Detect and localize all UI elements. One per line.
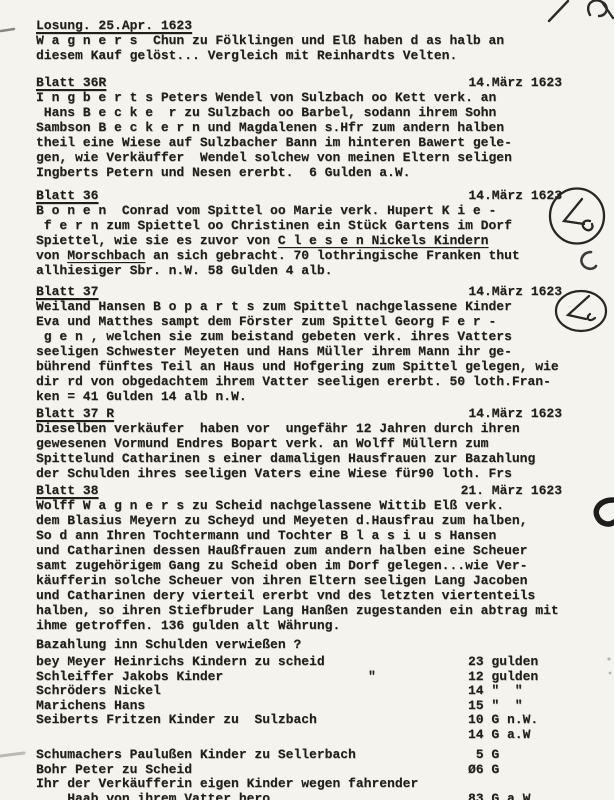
text-line: So d ann Ihren Tochtermann und Tochter B… [36,528,568,543]
text-line: Wolff W a g n e r s zu Scheid nachgelass… [36,498,568,513]
payment-item: Schröders Nickel [36,683,161,698]
text-segment: von [36,248,67,263]
entry-blatt-38: Blatt 3821. März 1623Wolff W a g n e r s… [36,483,568,633]
payment-row: bey Meyer Heinrichs Kindern zu scheid23 … [36,655,568,670]
text-line: und Catharinen dessen Haußfrauen zum and… [36,543,568,558]
payment-row: Schleiffer Jakobs Kinder"12 gulden [36,670,568,685]
payment-amount: Ø6 G [468,763,499,778]
payment-row: Bohr Peter zu ScheidØ6 G [36,763,568,778]
entry-date: 21. März 1623 [461,483,562,498]
text-line: Eva und Matthes sampt dem Förster zum Sp… [36,314,568,329]
entry-title: Blatt 36R [36,75,106,90]
payment-item: bey Meyer Heinrichs Kindern zu scheid [36,654,325,669]
text-line: I n g b e r t s Peters Wendel von Sulzba… [36,90,568,105]
underlined-text-segment: Morschbach [67,248,145,263]
text-line: g e n , welchen sie zum beistand gebeten… [36,329,568,344]
payment-amount: 83 G a.W. [468,792,538,800]
text-line: B o n e n Conrad vom Spittel oo Marie ve… [36,203,568,218]
text-line: Ingberts Petern und Nesen ererbt. 6 Guld… [36,165,568,180]
text-line: Hans B e c k e r zu Sulzbach oo Barbel, … [36,105,568,120]
entry-header: Blatt 3714.März 1623 [36,284,568,299]
entry-blatt-36: Blatt 3614.März 1623B o n e n Conrad vom… [36,188,568,278]
text-line: dem Blasius Meyern zu Scheyd und Meyeten… [36,513,568,528]
text-line: Sambson B e c k e r n und Magdalenen s.H… [36,120,568,135]
entry-header: Losung. 25.Apr. 1623 [36,18,568,33]
text-line: samt zugehörigem Gang zu Scheid oben im … [36,558,568,573]
entry-title: Blatt 38 [36,483,98,498]
text-line: gewesenen Vormund Endres Bopart verk. an… [36,436,568,451]
payment-item: Bohr Peter zu Scheid [36,762,192,777]
scanned-document-page: Losung. 25.Apr. 1623W a g n e r s Chun z… [0,0,614,800]
payment-row: Schumachers Paulußen Kinder zu Sellerbac… [36,748,568,763]
entry-blatt-37: Blatt 3714.März 1623Weiland Hansen B o p… [36,284,568,404]
text-line: Dieselben verkäufer haben vor ungefähr 1… [36,421,568,436]
paper-specks [607,657,611,674]
text-line: bührend fünftes Teil an Haus und Hofgeri… [36,359,568,374]
handwritten-c-mark [581,252,596,269]
payment-row: Ihr der Verkäufferin eigen Kinder wegen … [36,777,568,792]
text-line: theil eine Wiese auf Sulzbacher Bann im … [36,135,568,150]
entry-header: Blatt 3821. März 1623 [36,483,568,498]
payment-item: Schleiffer Jakobs Kinder [36,669,223,684]
entry-blatt-36r: Blatt 36R14.März 1623I n g b e r t s Pet… [36,75,568,180]
edge-smudge [596,500,614,524]
text-line: Spiettel, wie sie es zuvor von C l e s e… [36,233,568,248]
payment-item: Marichens Hans [36,698,145,713]
document-text: Losung. 25.Apr. 1623W a g n e r s Chun z… [36,18,568,800]
entry-date: 14.März 1623 [468,188,562,203]
entry-title: Losung. 25.Apr. 1623 [36,18,192,33]
text-line: und Catharinen dery vierteil ererbt vnd … [36,588,568,603]
text-line: dir rd von obgedachtem ihrem Vatter seel… [36,374,568,389]
payment-row: Seiberts Fritzen Kinder zu Sulzbach10 G … [36,713,568,728]
text-line: seeligen Schwester Meyeten und Hans Müll… [36,344,568,359]
entry-header: Blatt 36R14.März 1623 [36,75,568,90]
payment-amount: 15 " " [468,699,523,714]
payment-row: Haab von ihrem Vatter hero83 G a.W. [36,792,568,800]
payment-row: Marichens Hans15 " " [36,699,568,714]
text-line: diesem Kauf gelöst... Vergleich mit Rein… [36,48,568,63]
text-line: Weiland Hansen B o p a r t s zum Spittel… [36,299,568,314]
entry-date: 14.März 1623 [468,284,562,299]
entry-header: Blatt 3614.März 1623 [36,188,568,203]
text-line: von Morschbach an sich gebracht. 70 loth… [36,248,568,263]
text-line: W a g n e r s Chun zu Fölklingen und Elß… [36,33,568,48]
text-line: ihme getroffen. 136 gulden alt Währung. [36,618,568,633]
payment-item: Ihr der Verkäufferin eigen Kinder wegen … [36,776,418,791]
margin-dash-top [1,29,14,31]
text-line: gen, wie Verkäuffer Wendel solchew von m… [36,150,568,165]
text-segment: Spiettel, wie sie es zuvor von [36,233,278,248]
text-line: ken = 41 Gulden 14 alb n.W. [36,389,568,404]
payment-amount: 14 " " [468,684,523,699]
text-line: käufferin solche Scheuer von ihren Elter… [36,573,568,588]
margin-dash-bottom [0,753,24,756]
entry-losung: Losung. 25.Apr. 1623W a g n e r s Chun z… [36,18,568,63]
payment-amount: 12 gulden [468,670,538,685]
payment-amount: 10 G n.W. [468,713,538,728]
payments-section: Bazahlung inn Schulden verwießen ?bey Me… [36,637,568,800]
entry-header: Blatt 37 R14.März 1623 [36,406,568,421]
text-line: allhiesiger Sbr. n.W. 58 Gulden 4 alb. [36,263,568,278]
text-line: f e r n zum Spiettel oo Christinen ein S… [36,218,568,233]
entry-blatt-37r: Blatt 37 R14.März 1623Dieselben verkäufe… [36,406,568,481]
entry-date: 14.März 1623 [468,406,562,421]
text-segment: an sich gebracht. 70 lothringische Frank… [145,248,519,263]
entry-date: 14.März 1623 [468,75,562,90]
payment-item: Schumachers Paulußen Kinder zu Sellerbac… [36,747,356,762]
entry-title: Blatt 36 [36,188,98,203]
text-line: halben, so ihren Stiefbruder Lang Hanßen… [36,603,568,618]
text-line: Spittelund Catharinen s einer damaligen … [36,451,568,466]
payment-amount: 5 G [468,748,499,763]
payment-item: Seiberts Fritzen Kinder zu Sulzbach [36,712,317,727]
payment-item: Haab von ihrem Vatter hero [36,791,270,800]
payments-heading: Bazahlung inn Schulden verwießen ? [36,637,568,652]
ditto-mark: " [368,670,376,685]
underlined-text-segment: C l e s e n Nickels Kindern [278,233,489,248]
payment-amount: 23 gulden [468,655,538,670]
entry-title: Blatt 37 R [36,406,114,421]
entry-title: Blatt 37 [36,284,98,299]
text-line: der Schulden ihres seeligen Vaters eine … [36,466,568,481]
payment-row: 14 G a.W [36,728,568,743]
payment-amount: 14 G a.W [468,728,530,743]
payment-row: Schröders Nickel14 " " [36,684,568,699]
